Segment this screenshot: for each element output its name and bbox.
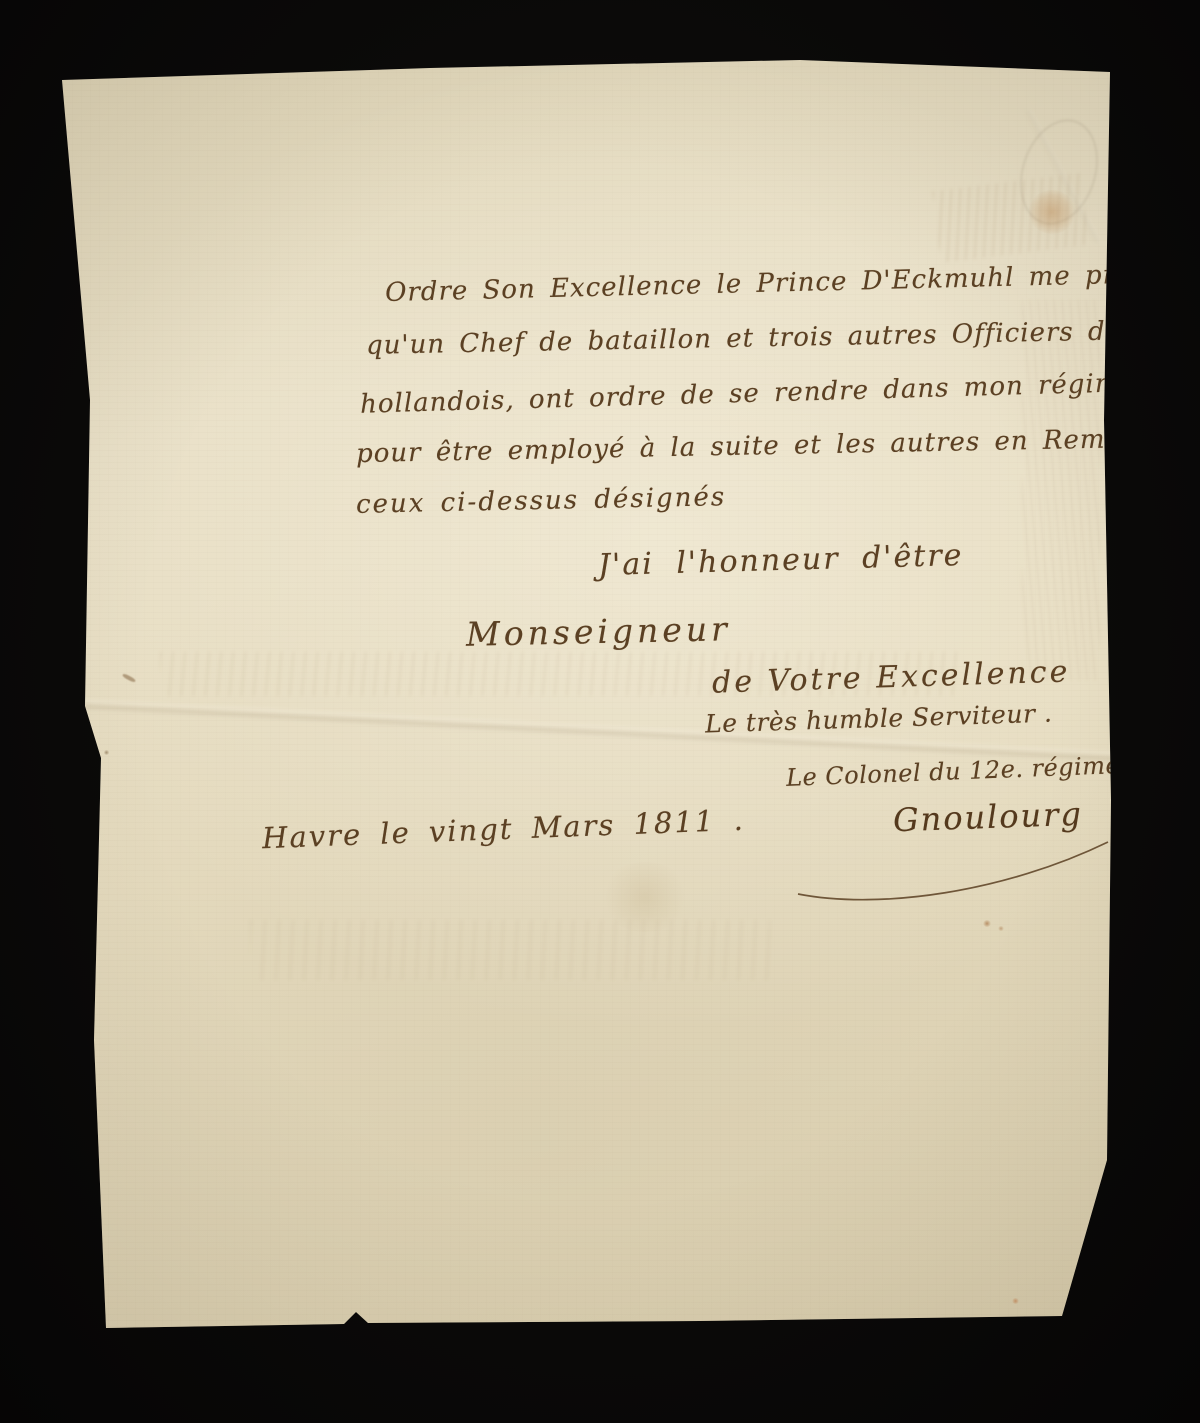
- rust-speck: [983, 920, 991, 927]
- dateline: Havre le vingt Mars 1811 .: [262, 803, 746, 856]
- rust-speck: [1012, 1298, 1019, 1304]
- paper-fiber-mark: [122, 673, 136, 683]
- manuscript-line-3: hollandois, ont ordre de se rendre dans …: [360, 362, 1200, 419]
- closing-servant-line: Le très humble Serviteur .: [705, 699, 1053, 739]
- horizontal-fold-crease: [62, 699, 1116, 761]
- rust-speck: [998, 926, 1004, 931]
- embossed-oval-stamp: [1007, 109, 1111, 235]
- ink-showthrough: [160, 652, 960, 696]
- manuscript-line-4: pour être employé à la suite et les autr…: [356, 421, 1200, 469]
- closing-excellence-line: de Votre Excellence: [712, 654, 1071, 700]
- ink-showthrough: [932, 173, 1090, 263]
- ink-showthrough: [1022, 300, 1100, 680]
- signer-title-line: Le Colonel du 12e. régiment: [786, 750, 1147, 792]
- faint-stain: [600, 862, 690, 932]
- foxing-stain: [1028, 190, 1076, 234]
- letter-paper: Ordre Son Excellence le Prince D'Eckmuhl…: [0, 0, 1200, 1423]
- signature-flourish: [770, 818, 1130, 910]
- ink-speck: [104, 750, 109, 755]
- salutation-monseigneur: Monseigneur: [466, 609, 732, 654]
- ink-showthrough: [250, 920, 770, 980]
- signature: Gnoulourg: [892, 795, 1083, 840]
- manuscript-line-5: ceux ci-dessus désignés: [356, 482, 727, 520]
- corner-fold-crease: [1026, 109, 1100, 243]
- photo-background: Ordre Son Excellence le Prince D'Eckmuhl…: [0, 0, 1200, 1423]
- manuscript-line-2: qu'un Chef de bataillon et trois autres …: [366, 313, 1200, 361]
- closing-honor-line: J'ai l'honneur d'être: [598, 538, 964, 583]
- manuscript-line-1: Ordre Son Excellence le Prince D'Eckmuhl…: [385, 258, 1200, 308]
